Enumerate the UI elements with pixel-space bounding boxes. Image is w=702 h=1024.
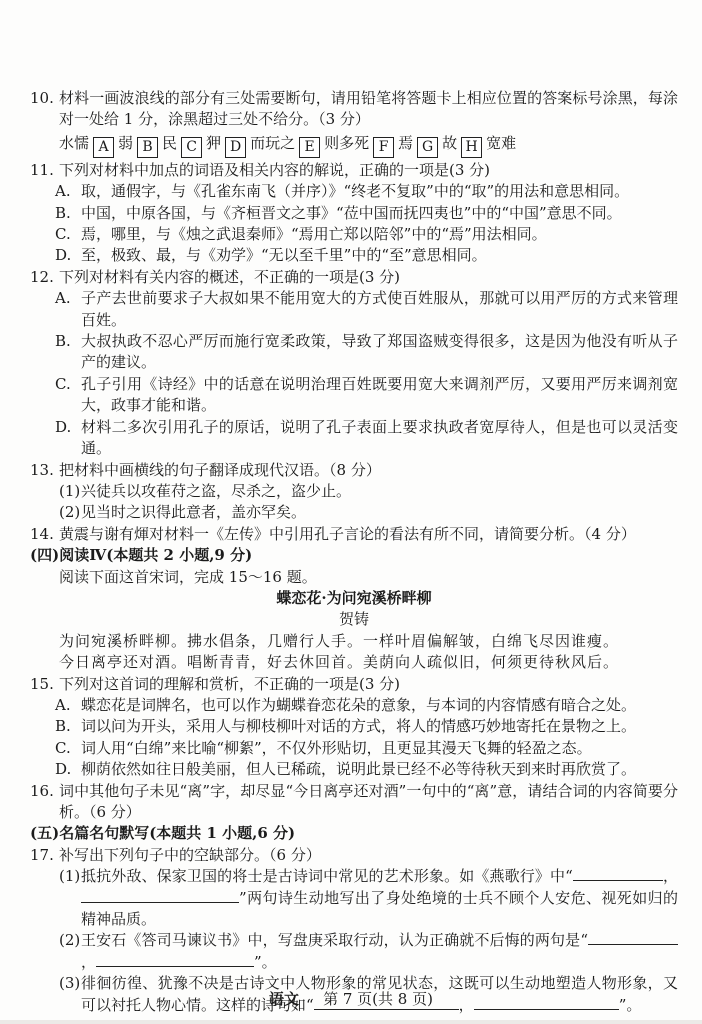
question-11-option-a: A. 取，通假字，与《孔雀东南飞（并序）》“终老不复取”中的“取”的用法和意思相… <box>55 181 678 202</box>
question-12-number: 12. <box>30 267 54 288</box>
question-12-option-c: C. 孔子引用《诗经》中的话意在说明治理百姓既要用宽大来调剂严厉，又要用严厉来调… <box>55 374 678 417</box>
option-label: D. <box>55 245 71 266</box>
poem-author: 贺铸 <box>30 609 678 630</box>
question-13-stem: 把材料中画横线的句子翻译成现代汉语。（8 分） <box>59 461 381 479</box>
question-11-option-d: D. 至，极致、最，与《劝学》“无以至千里”中的“至”意思相同。 <box>55 245 678 266</box>
option-text: 取，通假字，与《孔雀东南飞（并序）》“终老不复取”中的“取”的用法和意思相同。 <box>81 182 629 200</box>
question-12-option-a: A. 子产去世前要求子大叔如果不能用宽大的方式使百姓服从，那就可以用严厉的方式来… <box>55 288 678 331</box>
question-16: 16. 词中其他句子未见“离”字，却尽显“今日离亭还对酒”一句中的“离”意，请结… <box>30 781 678 824</box>
option-label: C. <box>55 224 71 245</box>
exam-page: 10. 材料一画波浪线的部分有三处需要断句，请用铅笔将答题卡上相应位置的答案标号… <box>0 0 702 1024</box>
option-label: C. <box>55 374 71 395</box>
option-label: B. <box>55 331 71 352</box>
option-text: 词以问为开头，采用人与柳枝柳叶对话的方式，将人的情感巧妙地寄托在景物之上。 <box>81 717 636 735</box>
question-11-option-b: B. 中国，中原各国，与《齐桓晋文之事》“莅中国而抚四夷也”中的“中国”意思不同… <box>55 203 678 224</box>
passage-text: 民 <box>162 134 177 152</box>
question-17-sub-2: (2) 王安石《答司马谏议书》中，写盘庚采取行动，认为正确就不后悔的两句是“，”… <box>59 930 678 973</box>
answer-blank <box>96 952 254 967</box>
answer-letter-box-h: H <box>461 137 482 158</box>
question-15-option-a: A. 蝶恋花是词牌名，也可以作为蝴蝶眷恋花朵的意象，与本词的内容情感有暗合之处。 <box>55 695 678 716</box>
passage-text: 焉 <box>398 134 413 152</box>
question-14: 14. 黄震与谢有煇对材料一《左传》中引用孔子言论的看法有所不同，请简要分析。（… <box>30 524 678 545</box>
question-12-stem: 下列对材料有关内容的概述，不正确的一项是(3 分) <box>59 268 400 286</box>
question-13-number: 13. <box>30 460 54 481</box>
option-label: A. <box>55 181 71 202</box>
question-17-stem: 补写出下列句子中的空缺部分。（6 分） <box>59 846 321 864</box>
sub-text: 抵抗外敌、保家卫国的将士是古诗词中常见的艺术形象。如《燕歌行》中“ <box>81 867 573 885</box>
answer-letter-box-f: F <box>373 137 394 158</box>
option-label: D. <box>55 417 71 438</box>
question-15-number: 15. <box>30 674 54 695</box>
answer-letter-box-c: C <box>181 137 202 158</box>
question-15-option-b: B. 词以问为开头，采用人与柳枝柳叶对话的方式，将人的情感巧妙地寄托在景物之上。 <box>55 716 678 737</box>
option-text: 蝶恋花是词牌名，也可以作为蝴蝶眷恋花朵的意象，与本词的内容情感有暗合之处。 <box>81 696 636 714</box>
option-label: B. <box>55 203 71 224</box>
passage-text: 水懦 <box>59 134 89 152</box>
passage-text: 狎 <box>206 134 221 152</box>
footer-subject: 语文 <box>269 990 299 1008</box>
option-label: B. <box>55 716 71 737</box>
passage-text: 弱 <box>118 134 133 152</box>
question-15: 15. 下列对这首词的理解和赏析，不正确的一项是(3 分) <box>30 674 678 695</box>
option-text: 焉，哪里，与《烛之武退秦师》“焉用亡郑以陪邻”中的“焉”用法相同。 <box>81 225 547 243</box>
poem-line: 今日离亭还对酒。唱断青青，好去休回首。美荫向人疏似旧，何须更待秋风后。 <box>30 652 678 673</box>
sub-label: (2) <box>59 930 80 951</box>
sub-text-separator: ， <box>81 953 96 971</box>
question-10-segmentation-line: 水懦A弱B民C狎D而玩之E则多死F焉G故H宽难 <box>30 131 678 160</box>
answer-letter-box-a: A <box>93 137 114 158</box>
passage-text: 故 <box>442 134 457 152</box>
question-14-stem: 黄震与谢有煇对材料一《左传》中引用孔子言论的看法有所不同，请简要分析。（4 分） <box>59 525 636 543</box>
option-label: D. <box>55 759 71 780</box>
sub-text: 见当时之识得此意者，盖亦罕矣。 <box>81 503 306 521</box>
passage-text: 宽难 <box>486 134 516 152</box>
answer-letter-box-b: B <box>137 137 158 158</box>
question-13-sub-2: (2) 见当时之识得此意者，盖亦罕矣。 <box>59 502 678 523</box>
answer-letter-box-e: E <box>299 137 320 158</box>
question-17-number: 17. <box>30 845 54 866</box>
question-12-option-d: D. 材料二多次引用孔子的原话，说明了孔子表面上要求执政者宽厚待人，但是也可以灵… <box>55 417 678 460</box>
answer-letter-box-d: D <box>225 137 246 158</box>
option-text: 柳荫依然如往日般美丽，但人已稀疏，说明此景已经不必等待秋天到来时再欣赏了。 <box>81 760 636 778</box>
question-14-number: 14. <box>30 524 54 545</box>
option-text: 子产去世前要求子大叔如果不能用宽大的方式使百姓服从，那就可以用严厉的方式来管理百… <box>81 289 678 328</box>
section-4-intro: 阅读下面这首宋词，完成 15～16 题。 <box>30 567 678 588</box>
option-label: C. <box>55 738 71 759</box>
question-11-option-c: C. 焉，哪里，与《烛之武退秦师》“焉用亡郑以陪邻”中的“焉”用法相同。 <box>55 224 678 245</box>
sub-text: 兴徒兵以攻萑苻之盗，尽杀之，盗少止。 <box>81 482 351 500</box>
sub-label: (2) <box>59 502 80 523</box>
answer-blank <box>588 930 678 945</box>
answer-blank <box>573 866 663 881</box>
option-label: A. <box>55 695 71 716</box>
sub-text: ”。 <box>254 953 277 971</box>
question-11: 11. 下列对材料中加点的词语及相关内容的解说，正确的一项是(3 分) <box>30 160 678 181</box>
question-10-number: 10. <box>30 88 54 109</box>
question-11-number: 11. <box>30 160 54 181</box>
poem-title: 蝶恋花·为问宛溪桥畔柳 <box>30 588 678 609</box>
sub-text-separator: ， <box>663 867 678 885</box>
option-text: 材料二多次引用孔子的原话，说明了孔子表面上要求执政者宽厚待人，但是也可以灵活变通… <box>81 418 678 457</box>
sub-label: (1) <box>59 481 80 502</box>
option-text: 大叔执政不忍心严厉而施行宽柔政策，导致了郑国盗贼变得很多，这是因为他没有听从子产… <box>81 332 678 371</box>
option-label: A. <box>55 288 71 309</box>
question-15-stem: 下列对这首词的理解和赏析，不正确的一项是(3 分) <box>59 675 400 693</box>
poem-line: 为问宛溪桥畔柳。拂水倡条，几赠行人手。一样叶眉偏解皱，白绵飞尽因谁瘦。 <box>30 631 678 652</box>
section-4-heading: (四)阅读Ⅳ(本题共 2 小题,9 分) <box>30 545 678 566</box>
passage-text: 则多死 <box>324 134 369 152</box>
question-13: 13. 把材料中画横线的句子翻译成现代汉语。（8 分） (1) 兴徒兵以攻萑苻之… <box>30 460 678 524</box>
option-text: 至，极致、最，与《劝学》“无以至千里”中的“至”意思相同。 <box>81 246 487 264</box>
question-15-option-c: C. 词人用“白绵”来比喻“柳絮”，不仅外形贴切，且更显其漫天飞舞的轻盈之态。 <box>55 738 678 759</box>
sub-text: 王安石《答司马谏议书》中，写盘庚采取行动，认为正确就不后悔的两句是“ <box>81 931 588 949</box>
answer-blank <box>81 888 239 903</box>
question-11-stem: 下列对材料中加点的词语及相关内容的解说，正确的一项是(3 分) <box>59 161 490 179</box>
question-13-sub-1: (1) 兴徒兵以攻萑苻之盗，尽杀之，盗少止。 <box>59 481 678 502</box>
question-16-number: 16. <box>30 781 54 802</box>
passage-text: 而玩之 <box>250 134 295 152</box>
question-12: 12. 下列对材料有关内容的概述，不正确的一项是(3 分) <box>30 267 678 288</box>
option-text: 词人用“白绵”来比喻“柳絮”，不仅外形贴切，且更显其漫天飞舞的轻盈之态。 <box>81 739 592 757</box>
option-text: 中国，中原各国，与《齐桓晋文之事》“莅中国而抚四夷也”中的“中国”意思不同。 <box>81 204 622 222</box>
sub-label: (1) <box>59 866 80 887</box>
footer-page-number: 第 7 页(共 8 页) <box>323 990 433 1008</box>
answer-letter-box-g: G <box>417 137 438 158</box>
option-text: 孔子引用《诗经》中的话意在说明治理百姓既要用宽大来调剂严厉，又要用严厉来调剂宽大… <box>81 375 678 414</box>
question-10: 10. 材料一画波浪线的部分有三处需要断句，请用铅笔将答题卡上相应位置的答案标号… <box>30 88 678 131</box>
question-16-stem: 词中其他句子未见“离”字，却尽显“今日离亭还对酒”一句中的“离”意，请结合词的内… <box>59 782 678 821</box>
page-footer: 语文第 7 页(共 8 页) <box>0 989 702 1010</box>
question-10-stem: 材料一画波浪线的部分有三处需要断句，请用铅笔将答题卡上相应位置的答案标号涂黑，每… <box>59 89 678 128</box>
question-15-option-d: D. 柳荫依然如往日般美丽，但人已稀疏，说明此景已经不必等待秋天到来时再欣赏了。 <box>55 759 678 780</box>
question-12-option-b: B. 大叔执政不忍心严厉而施行宽柔政策，导致了郑国盗贼变得很多，这是因为他没有听… <box>55 331 678 374</box>
question-17-sub-1: (1) 抵抗外敌、保家卫国的将士是古诗词中常见的艺术形象。如《燕歌行》中“，”两… <box>59 866 678 930</box>
section-5-heading: (五)名篇名句默写(本题共 1 小题,6 分) <box>30 823 678 844</box>
